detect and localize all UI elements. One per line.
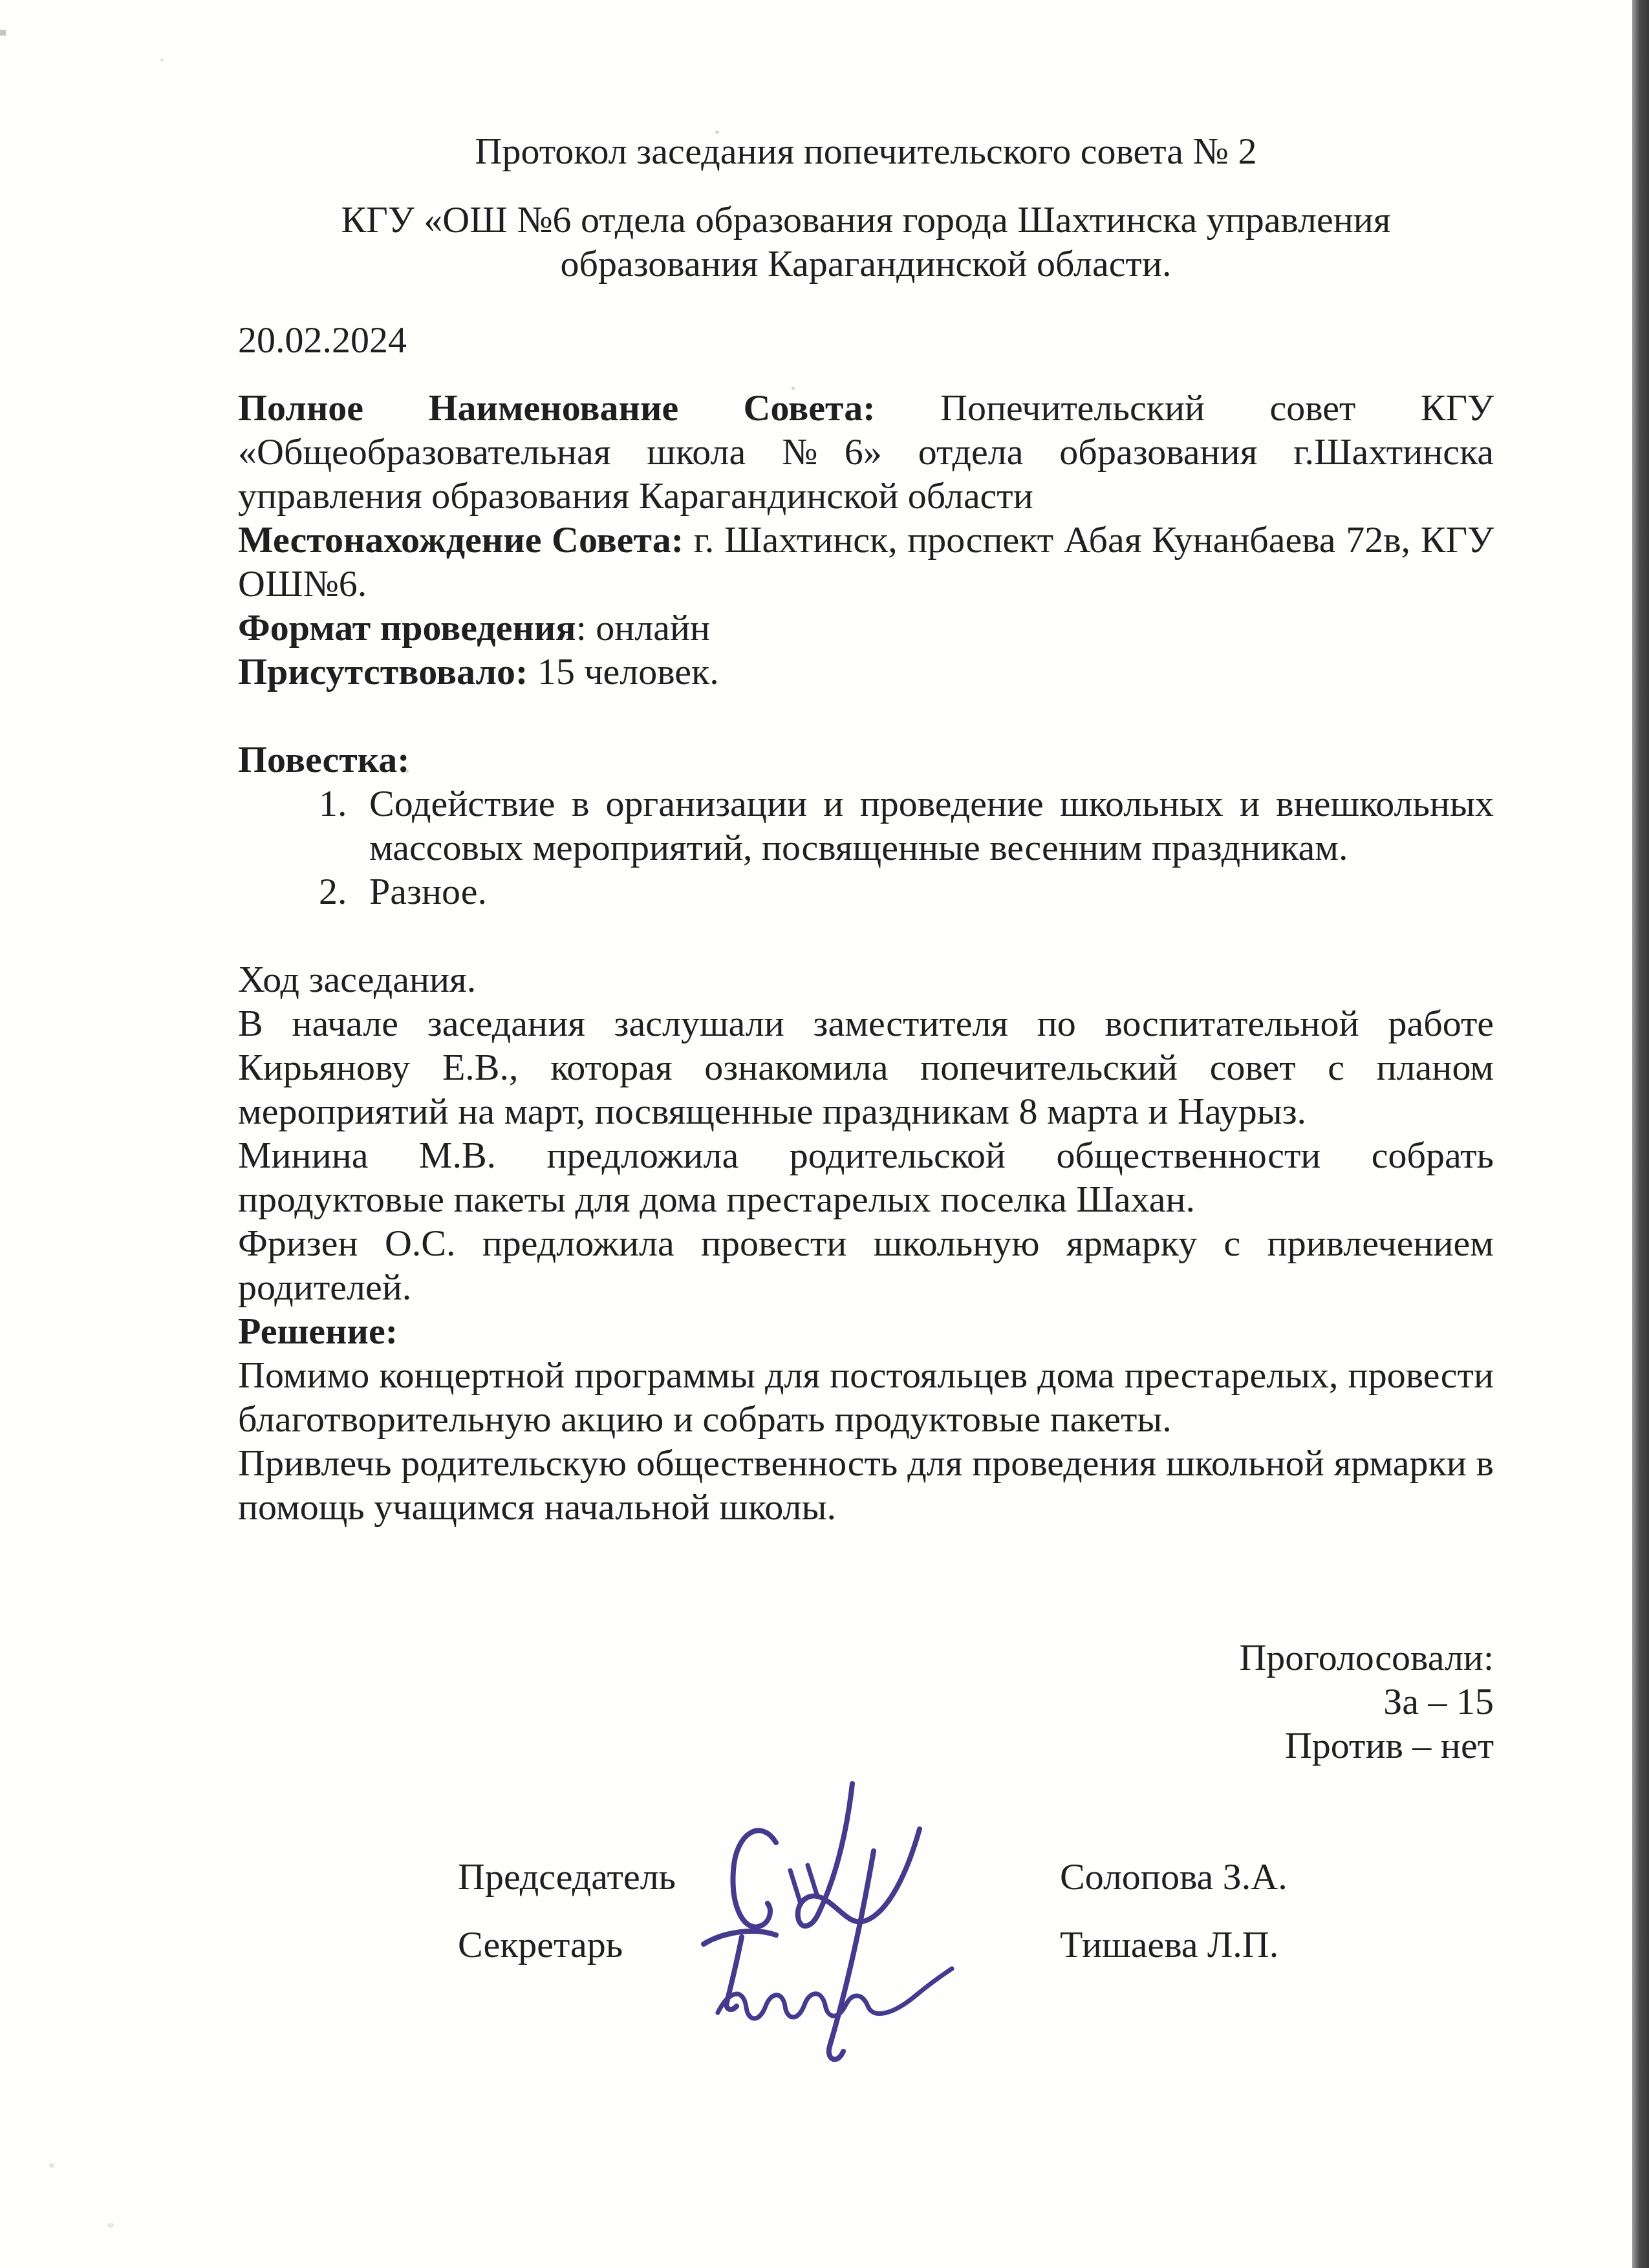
scan-noise-speck <box>405 769 409 773</box>
signature-row-secretary: Секретарь Тишаева Л.П. <box>458 1923 1494 1967</box>
document-title: Протокол заседания попечительского совет… <box>238 129 1494 173</box>
signature-name: Тишаева Л.П. <box>1060 1923 1278 1967</box>
field-label: Полное Наименование Совета: <box>238 387 876 429</box>
scan-edge-shadow <box>1632 0 1649 2268</box>
field-label: Присутствовало: <box>238 650 528 692</box>
proceedings-paragraph: Минина М.В. предложила родительской обще… <box>238 1133 1494 1221</box>
agenda-item-text: Разное. <box>369 870 1494 914</box>
field-value: : онлайн <box>576 606 710 648</box>
decision-paragraph: Помимо концертной программы для постояль… <box>238 1353 1494 1441</box>
meeting-date: 20.02.2024 <box>238 318 1494 362</box>
agenda-item-number: 2. <box>319 870 369 914</box>
scan-noise-speck <box>792 387 795 390</box>
signature-role: Секретарь <box>458 1923 1060 1967</box>
field-value: 15 человек. <box>528 650 718 692</box>
proceedings-paragraph: В начале заседания заслушали заместителя… <box>238 1001 1494 1133</box>
scanned-protocol-page: Протокол заседания попечительского совет… <box>0 0 1649 2268</box>
document-content: Протокол заседания попечительского совет… <box>0 0 1649 1967</box>
scan-noise-speck <box>49 2163 54 2168</box>
decision-heading: Решение: <box>238 1309 1494 1353</box>
header-fields: Полное Наименование Совета: Попечительск… <box>238 386 1494 694</box>
scan-noise-speck <box>160 58 164 61</box>
agenda-item: 1. Содействие в организации и проведение… <box>319 782 1494 870</box>
signature-row-chairman: Председатель Солопова З.А. <box>458 1855 1494 1899</box>
decision-paragraph: Привлечь родительскую общественность для… <box>238 1441 1494 1529</box>
proceedings-paragraph: Фризен О.С. предложила провести школьную… <box>238 1221 1494 1309</box>
signature-role: Председатель <box>458 1855 1060 1899</box>
field-meeting-format: Формат проведения: онлайн <box>238 606 1494 650</box>
field-attendance: Присутствовало: 15 человек. <box>238 650 1494 694</box>
agenda-item-text: Содействие в организации и проведение шк… <box>369 782 1494 870</box>
field-label: Формат проведения <box>238 606 576 648</box>
field-council-full-name: Полное Наименование Совета: Попечительск… <box>238 386 1494 518</box>
voting-heading: Проголосовали: <box>238 1636 1494 1680</box>
agenda-list: 1. Содействие в организации и проведение… <box>238 782 1494 914</box>
agenda-item: 2. Разное. <box>319 870 1494 914</box>
voting-against: Против – нет <box>238 1724 1494 1768</box>
agenda-item-number: 1. <box>319 782 369 870</box>
scan-noise-speck <box>107 2223 114 2228</box>
scan-noise-speck <box>715 131 719 134</box>
agenda-heading: Повестка: <box>238 738 1494 782</box>
proceedings-heading: Ход заседания. <box>238 957 1494 1001</box>
signature-name: Солопова З.А. <box>1060 1855 1288 1899</box>
document-subtitle: КГУ «ОШ №6 отдела образования города Шах… <box>339 198 1393 286</box>
voting-block: Проголосовали: За – 15 Против – нет <box>238 1636 1494 1768</box>
secretary-signature-stroke <box>718 1969 952 2018</box>
field-council-location: Местонахождение Совета: г. Шахтинск, про… <box>238 518 1494 606</box>
scan-noise-speck <box>0 30 6 36</box>
voting-for: За – 15 <box>238 1680 1494 1724</box>
field-label: Местонахождение Совета: <box>238 519 684 561</box>
